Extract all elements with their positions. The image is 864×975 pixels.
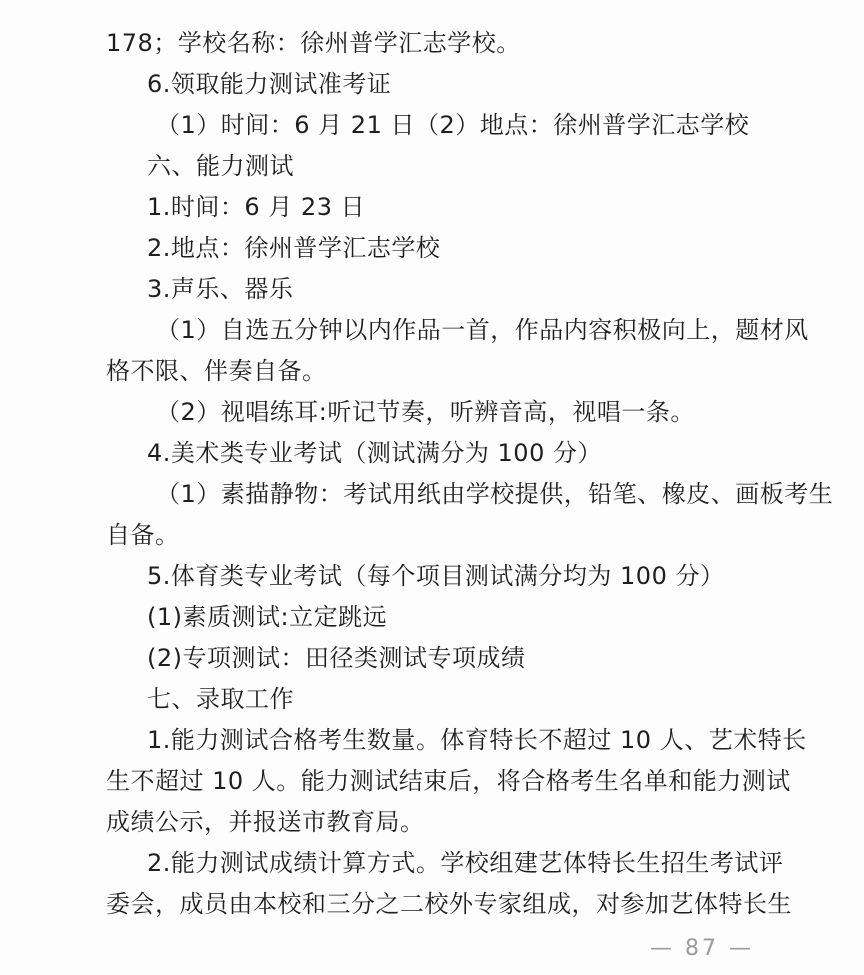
text-line: 1.时间：6 月 23 日 [106,187,804,228]
text-line: 生不超过 10 人。能力测试结束后，将合格考生名单和能力测试 [106,761,804,802]
text-line: 格不限、伴奏自备。 [106,351,804,392]
text-line: 2.地点：徐州普学汇志学校 [106,228,804,269]
page-number: — 87 — [0,936,754,961]
text-line: (2)专项测试：田径类测试专项成绩 [106,638,804,679]
document-body: 178；学校名称：徐州普学汇志学校。6.领取能力测试准考证（1）时间：6 月 2… [106,23,804,925]
text-line: 178；学校名称：徐州普学汇志学校。 [106,23,804,64]
text-line: 5.体育类专业考试（每个项目测试满分均为 100 分） [106,556,804,597]
text-line: 委会，成员由本校和三分之二校外专家组成，对参加艺体特长生 [106,884,804,925]
text-line: 成绩公示，并报送市教育局。 [106,802,804,843]
text-line: 3.声乐、器乐 [106,269,804,310]
text-line: （1）自选五分钟以内作品一首，作品内容积极向上，题材风 [106,310,804,351]
document-page: 178；学校名称：徐州普学汇志学校。6.领取能力测试准考证（1）时间：6 月 2… [0,0,864,975]
text-line: 1.能力测试合格考生数量。体育特长不超过 10 人、艺术特长 [106,720,804,761]
text-line: 自备。 [106,515,804,556]
text-line: (1)素质测试:立定跳远 [106,597,804,638]
text-line: （1）时间：6 月 21 日（2）地点：徐州普学汇志学校 [106,105,804,146]
text-line: （1）素描静物：考试用纸由学校提供，铅笔、橡皮、画板考生 [106,474,804,515]
text-line: 6.领取能力测试准考证 [106,64,804,105]
text-line: 七、录取工作 [106,679,804,720]
text-line: 2.能力测试成绩计算方式。学校组建艺体特长生招生考试评 [106,843,804,884]
text-line: 六、能力测试 [106,146,804,187]
text-line: 4.美术类专业考试（测试满分为 100 分） [106,433,804,474]
text-line: （2）视唱练耳:听记节奏，听辨音高，视唱一条。 [106,392,804,433]
